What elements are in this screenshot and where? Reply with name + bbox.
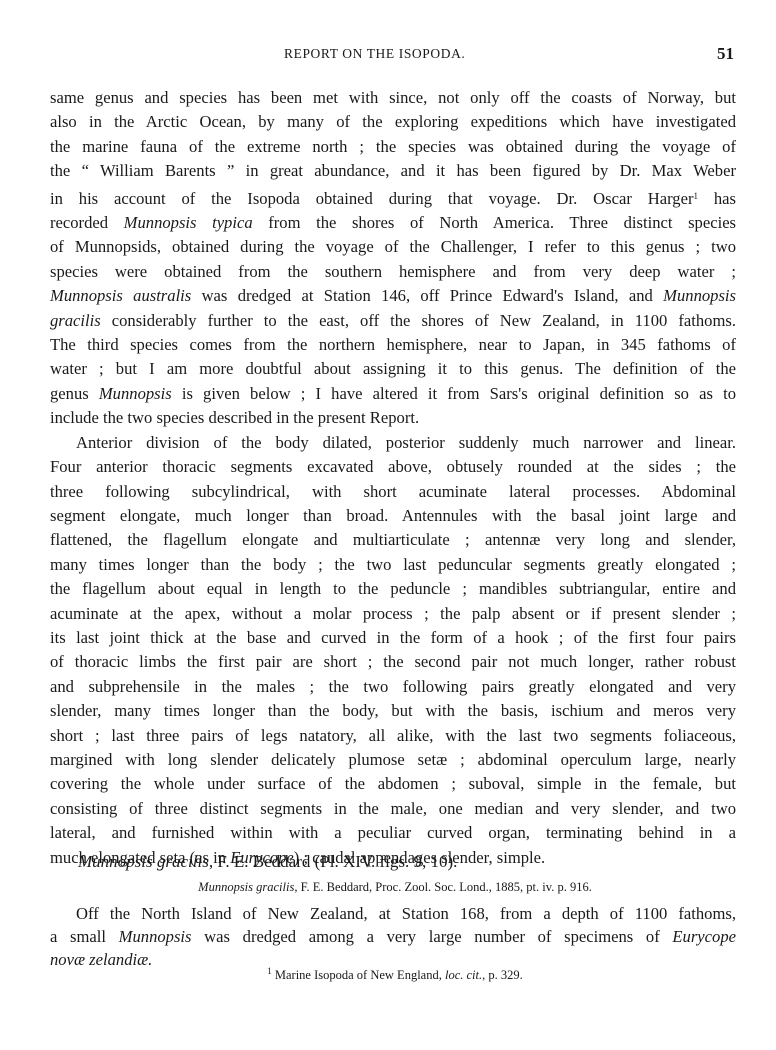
text-line: a small Munnopsis was dredged among a ve… — [50, 925, 736, 948]
running-head: REPORT ON THE ISOPODA. 51 — [0, 46, 776, 66]
footnote: 1 Marine Isopoda of New England, loc. ci… — [0, 966, 776, 983]
text-line: flattened, the flagellum elongate and mu… — [50, 528, 736, 552]
text-line: include the two species described in the… — [50, 406, 736, 430]
text-line: genus Munnopsis is given below ; I have … — [50, 382, 736, 406]
text-segment: was dredged among a very large number of… — [204, 927, 660, 946]
text-segment: is given below ; I have altered it from … — [182, 384, 736, 403]
text-segment: genus — [50, 384, 89, 403]
footnote-citation: loc. cit. — [445, 968, 482, 982]
text-line: recorded Munnopsis typica from the shore… — [50, 211, 736, 235]
paragraph-genus-history: same genus and species has been met with… — [50, 86, 736, 431]
text-segment: has — [714, 189, 736, 208]
main-text: same genus and species has been met with… — [50, 86, 736, 870]
text-line: covering the whole under surface of the … — [50, 772, 736, 796]
text-segment: in his account of the Isopoda obtained d… — [50, 189, 694, 208]
taxon-name: Munnopsis — [663, 286, 736, 305]
species-heading: Munnopsis gracilis, F. E. Beddard (Pl. X… — [78, 852, 457, 872]
footnote-marker: 1 — [694, 191, 699, 201]
taxon-name: Munnopsis — [99, 384, 172, 403]
synonym-citation: , F. E. Beddard, Proc. Zool. Soc. Lond.,… — [294, 880, 591, 894]
text-line: consisting of three distinct segments in… — [50, 797, 736, 821]
species-name: Munnopsis gracilis — [78, 852, 209, 871]
text-segment: from the shores of North America. Three … — [268, 213, 736, 232]
text-line: Off the North Island of New Zealand, at … — [50, 902, 736, 925]
text-line: also in the Arctic Ocean, by many of the… — [50, 110, 736, 134]
text-segment: considerably further to the east, off th… — [112, 311, 736, 330]
locality-paragraph: Off the North Island of New Zealand, at … — [50, 902, 736, 971]
footnote-page: , p. 329. — [482, 968, 523, 982]
text-line: acuminate at the apex, without a molar p… — [50, 602, 736, 626]
taxon-name: Munnopsis australis — [50, 286, 191, 305]
species-authority: , F. E. Beddard (Pl. XIV. figs. 9, 10). — [209, 852, 458, 871]
footnote-text: Marine Isopoda of New England, — [275, 968, 442, 982]
text-line: in his account of the Isopoda obtained d… — [50, 184, 736, 211]
taxon-name: gracilis — [50, 311, 101, 330]
taxon-name: Munnopsis typica — [124, 213, 253, 232]
text-line: and subprehensile in the males ; the two… — [50, 675, 736, 699]
text-line: segment elongate, much longer than broad… — [50, 504, 736, 528]
text-line: many times longer than the body ; the tw… — [50, 553, 736, 577]
text-line: short ; last three pairs of legs natator… — [50, 724, 736, 748]
text-segment: was dredged at Station 146, off Prince E… — [202, 286, 653, 305]
footnote-marker: 1 — [267, 966, 272, 976]
text-line: margined with long slender delicately pl… — [50, 748, 736, 772]
text-line: Anterior division of the body dilated, p… — [50, 431, 736, 455]
text-line: lateral, and furnished within with a pec… — [50, 821, 736, 845]
text-line: species were obtained from the southern … — [50, 260, 736, 284]
paragraph-genus-definition: Anterior division of the body dilated, p… — [50, 431, 736, 870]
text-line: its last joint thick at the base and cur… — [50, 626, 736, 650]
text-segment: recorded — [50, 213, 108, 232]
text-line: the “ William Barents ” in great abundan… — [50, 159, 736, 183]
text-line: slender, many times longer than the body… — [50, 699, 736, 723]
text-line: The third species comes from the norther… — [50, 333, 736, 357]
text-line: same genus and species has been met with… — [50, 86, 736, 110]
taxon-name: Eurycope — [672, 927, 736, 946]
text-line: Four anterior thoracic segments excavate… — [50, 455, 736, 479]
text-line: water ; but I am more doubtful about ass… — [50, 357, 736, 381]
text-line: gracilis considerably further to the eas… — [50, 309, 736, 333]
taxon-name: Munnopsis — [119, 927, 192, 946]
synonym-name: Munnopsis gracilis — [198, 880, 294, 894]
page-number: 51 — [717, 44, 734, 64]
synonym-reference: Munnopsis gracilis, F. E. Beddard, Proc.… — [0, 880, 776, 895]
text-line: the flagellum about equal in length to t… — [50, 577, 736, 601]
text-line: the marine fauna of the extreme north ; … — [50, 135, 736, 159]
text-segment: a small — [50, 927, 106, 946]
running-title: REPORT ON THE ISOPODA. — [284, 46, 465, 62]
text-line: three following subcylindrical, with sho… — [50, 480, 736, 504]
text-line: of thoracic limbs the first pair are sho… — [50, 650, 736, 674]
text-line: of Munnopsids, obtained during the voyag… — [50, 235, 736, 259]
text-line: Munnopsis australis was dredged at Stati… — [50, 284, 736, 308]
